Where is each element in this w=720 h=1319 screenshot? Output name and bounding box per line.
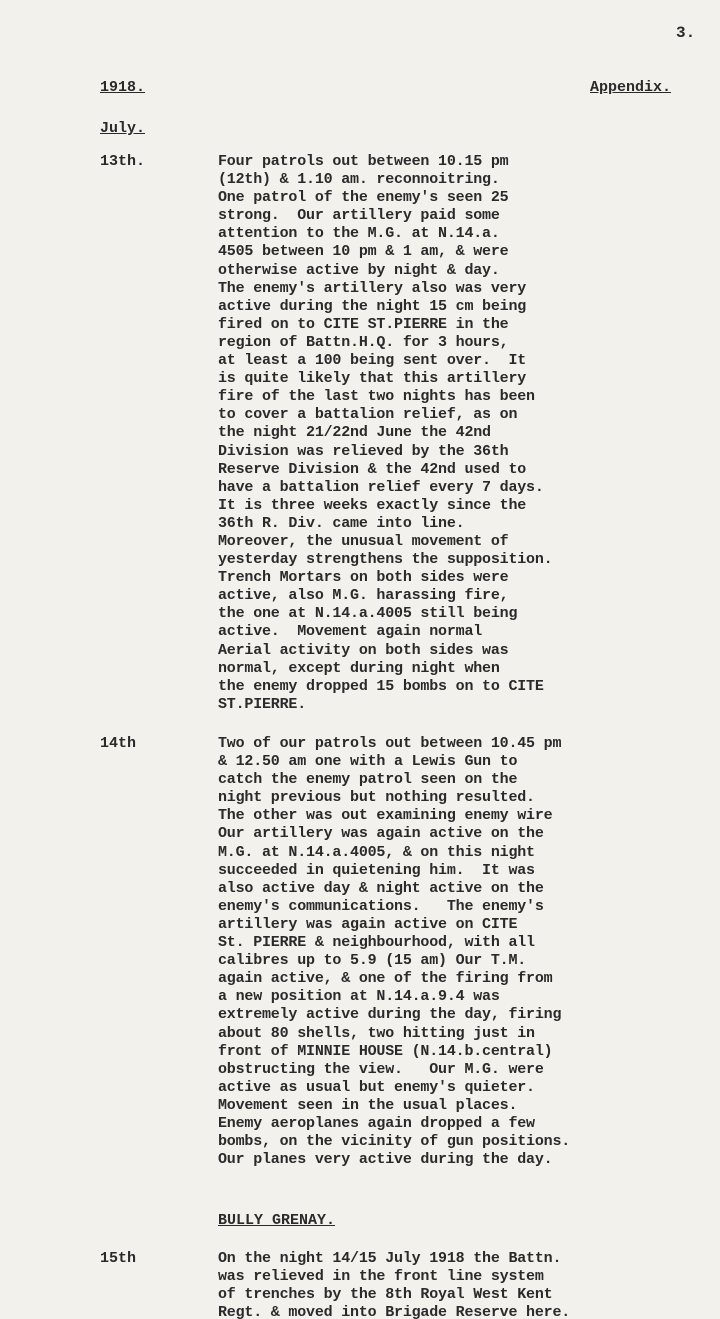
year-heading: 1918. [100,79,145,96]
place-heading: BULLY GRENAY. [218,1212,335,1229]
entry-date: 14th [100,735,136,752]
page-number: 3. [676,24,695,42]
entry-date: 13th. [100,153,145,170]
entry-date: 15th [100,1250,136,1267]
appendix-heading: Appendix. [590,79,671,96]
entry-text: On the night 14/15 July 1918 the Battn. … [218,1250,688,1319]
document-page: 3. 1918. Appendix. July. 13th. Four patr… [0,0,720,1319]
entry-text: Four patrols out between 10.15 pm (12th)… [218,153,688,714]
entry-text: Two of our patrols out between 10.45 pm … [218,735,688,1169]
month-heading: July. [100,120,145,137]
